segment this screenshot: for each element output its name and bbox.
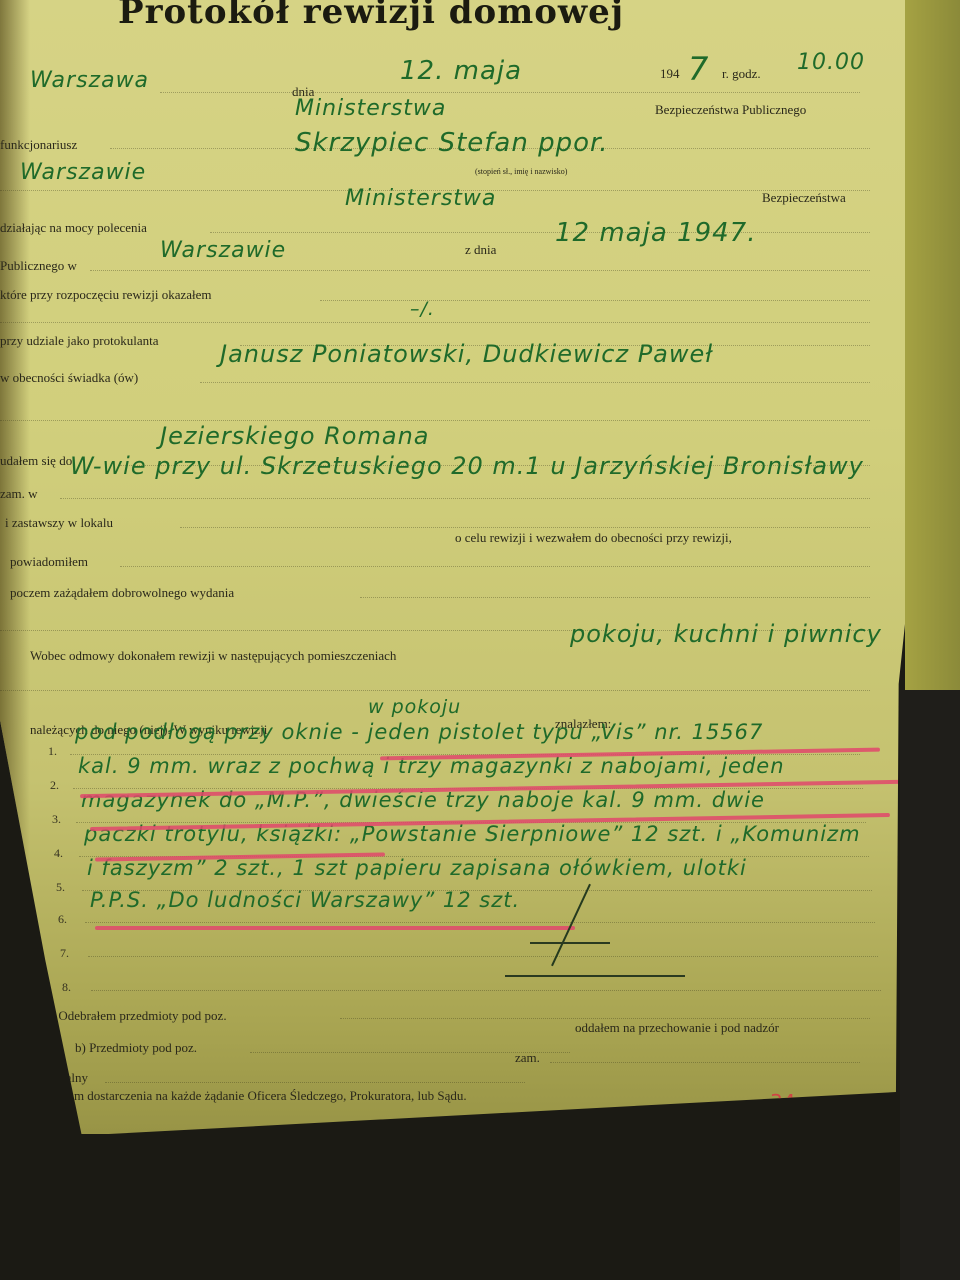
officer-city-handwritten: Warszawie [20,160,146,185]
witness-label: w obecności świadka (ów) [0,370,138,386]
order-ministry-handwritten: Ministerstwa [345,186,496,211]
rooms-handwritten: pokoju, kuchni i piwnicy [570,620,882,648]
officer-name-caption: (stopień sł., imię i nazwisko) [475,167,567,176]
footer-b-right: oddałem na przechowanie i pod nadzór [575,1020,779,1036]
item-number: 3. [52,812,61,827]
footer-b-label: b) Przedmioty pod poz. [75,1040,197,1056]
year-suffix: 7 [688,50,709,88]
went-label: udałem się do [0,453,72,469]
officer-label: funkcjonariusz [0,137,77,153]
day-handwritten: 12. maja [400,56,522,86]
page-mark-middle: 12 [772,1120,797,1144]
item-number: 8. [62,980,71,995]
notify-printed: o celu rewizji i wezwałem do obecności p… [455,530,732,546]
belonging-handwritten: w pokoju [368,696,461,718]
red-underline [95,926,575,930]
place-handwritten: Warszawa [30,68,149,93]
found-label: i zastawszy w lokalu [5,515,113,531]
refusal-label: Wobec odmowy dokonałem rewizji w następu… [30,648,396,664]
item-number: 5. [56,880,65,895]
cancel-mark [551,884,591,966]
order-date-handwritten: 12 maja 1947. [555,218,756,248]
hour-label: r. godz. [722,66,761,82]
hour-handwritten: 10.00 [797,50,865,75]
protocol-sheet: Protokół rewizji domowej Warszawa dnia 1… [0,0,905,1200]
footer-zam-label: zam. [515,1050,540,1066]
document-title: Protokół rewizji domowej [118,0,624,32]
presented-handwritten: –/. [410,298,435,320]
order-ministry-printed: Bezpieczeństwa [762,190,846,206]
page-mark-bottom: 46 [772,1152,797,1176]
footer-obligation: z obowiązkiem dostarczenia na każde żąda… [5,1088,467,1104]
address-label: zam. w [0,486,38,502]
presented-label: które przy rozpoczęciu rewizji okazałem [0,287,212,303]
item-number: 7. [60,946,69,961]
address-handwritten: W-wie przy ul. Skrzetuskiego 20 m.1 u Ja… [70,452,864,480]
item-number: 4. [54,846,63,861]
order-date-label: z dnia [465,242,496,258]
notified-label: powiadomiłem [10,554,88,570]
printer-note: 10.000 IV. 45. Druk Min. Bezp. Publ. w Ł… [80,1145,210,1153]
went-handwritten: Jezierskiego Romana [160,422,430,450]
footer-responsible-label: odpowiedzialny [5,1070,88,1086]
order-public-label: Publicznego w [0,258,77,274]
page-mark-top: 34 [770,1090,795,1114]
item-number: 2. [50,778,59,793]
background-right [905,0,960,690]
demand-label: poczem zażądałem dobrowolnego wydania [10,585,234,601]
officer-name-handwritten: Skrzypiec Stefan ppor. [295,128,609,158]
officer-ministry-printed: Bezpieczeństwa Publicznego [655,102,806,118]
witness-handwritten: Janusz Poniatowski, Dudkiewicz Paweł [220,340,713,368]
year-prefix: 194 [660,66,680,82]
officer-ministry-handwritten: Ministerstwa [295,96,446,121]
recorder-label: przy udziale jako protokulanta [0,333,158,349]
footer-a-label: a) Odebrałem przedmioty pod poz. [45,1008,227,1024]
order-city-handwritten: Warszawie [160,238,286,263]
item-number: 6. [58,912,67,927]
background-dark [900,690,960,1280]
item-text: P.P.S. „Do ludności Warszawy” 12 szt. [90,888,520,912]
order-label: działając na mocy polecenia [0,220,147,236]
item-text: pod podłogą przy oknie - jeden pistolet … [75,720,763,744]
item-number: 1. [48,744,57,759]
